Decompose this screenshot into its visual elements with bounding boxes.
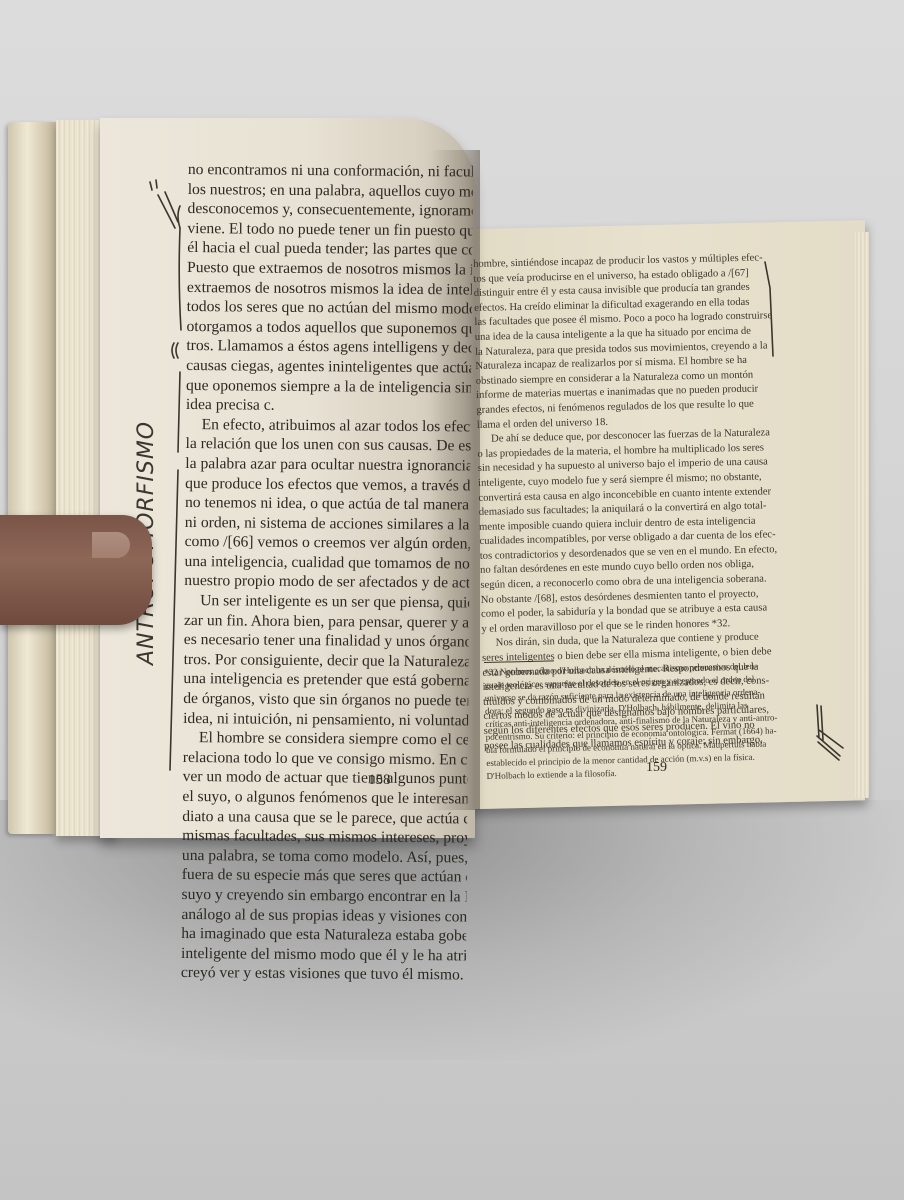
bracket-line-icon	[178, 372, 180, 452]
fingernail	[92, 532, 130, 558]
holding-finger	[0, 515, 152, 625]
footnote-slash-mark-icon	[817, 705, 843, 760]
paragraph-mark-icon	[172, 343, 178, 358]
tick-mark-icon	[150, 180, 157, 190]
right-bracket-line-icon	[765, 262, 773, 356]
long-bracket-line-icon	[170, 470, 178, 770]
bracket-line-icon	[179, 228, 181, 330]
double-slash-mark-icon	[158, 192, 178, 228]
